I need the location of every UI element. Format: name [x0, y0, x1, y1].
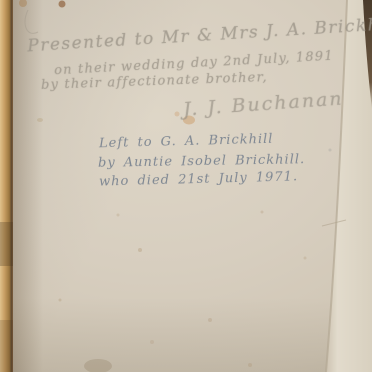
spine-wear-mark	[0, 320, 13, 372]
book-flyleaf-photo: Presented to Mr & Mrs J. A. Brickhill on…	[0, 0, 372, 372]
spine-wear-mark	[0, 222, 13, 266]
spine-edge	[0, 0, 13, 372]
